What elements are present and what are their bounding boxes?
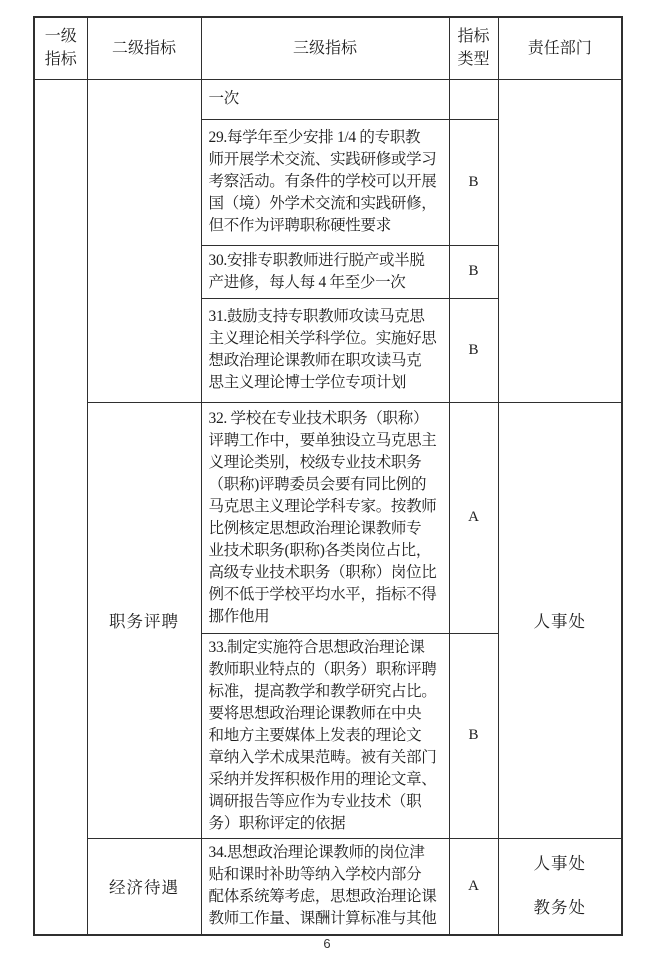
indicator-cell-32: 32. 学校在专业技术职务（职称） 评聘工作中，要单独设立马克思主 义理论类别，… <box>201 402 449 633</box>
indicator-cell-30: 30.安排专职教师进行脱产或半脱 产进修，每人每 4 年至少一次 <box>201 245 449 298</box>
type-cell-33: B <box>449 633 498 838</box>
dept-cell-group2: 人事处 <box>498 402 622 838</box>
header-responsible-dept: 责任部门 <box>498 17 622 79</box>
table-row: 经济待遇 34.思想政治理论课教师的岗位津 贴和课时补助等纳入学校内部分 配体系… <box>34 838 622 935</box>
indicator-cell-31: 31.鼓励支持专职教师攻读马克思 主义理论相关学科学位。实施好思 想政治理论课教… <box>201 298 449 402</box>
header-level2-indicator: 二级指标 <box>87 17 201 79</box>
type-cell-30: B <box>449 245 498 298</box>
type-cell-34: A <box>449 838 498 935</box>
dept-cell-group3: 人事处 教务处 <box>498 838 622 935</box>
indicator-cell-continued: 一次 <box>201 79 449 119</box>
indicator-table: 一级 指标 二级指标 三级指标 指标 类型 责任部门 一次 29.每学年至少安排… <box>33 16 623 936</box>
type-cell-continued <box>449 79 498 119</box>
dept-cell-group1 <box>498 79 622 402</box>
type-cell-31: B <box>449 298 498 402</box>
level2-indicator-cell-group2: 职务评聘 <box>87 402 201 838</box>
table-row: 职务评聘 32. 学校在专业技术职务（职称） 评聘工作中，要单独设立马克思主 义… <box>34 402 622 633</box>
indicator-cell-34: 34.思想政治理论课教师的岗位津 贴和课时补助等纳入学校内部分 配体系统筹考虑，… <box>201 838 449 935</box>
level2-indicator-cell-group1 <box>87 79 201 402</box>
document-page: 一级 指标 二级指标 三级指标 指标 类型 责任部门 一次 29.每学年至少安排… <box>0 0 652 964</box>
page-number: 6 <box>33 936 621 951</box>
level2-indicator-cell-group3: 经济待遇 <box>87 838 201 935</box>
table-header-row: 一级 指标 二级指标 三级指标 指标 类型 责任部门 <box>34 17 622 79</box>
indicator-cell-29: 29.每学年至少安排 1/4 的专职教 师开展学术交流、实践研修或学习 考察活动… <box>201 119 449 245</box>
type-cell-32: A <box>449 402 498 633</box>
indicator-cell-33: 33.制定实施符合思想政治理论课 教师职业特点的（职务）职称评聘 标准，提高教学… <box>201 633 449 838</box>
header-indicator-type: 指标 类型 <box>449 17 498 79</box>
level1-indicator-cell <box>34 79 87 935</box>
header-level3-indicator: 三级指标 <box>201 17 449 79</box>
header-level1-indicator: 一级 指标 <box>34 17 87 79</box>
type-cell-29: B <box>449 119 498 245</box>
table-row: 一次 <box>34 79 622 119</box>
